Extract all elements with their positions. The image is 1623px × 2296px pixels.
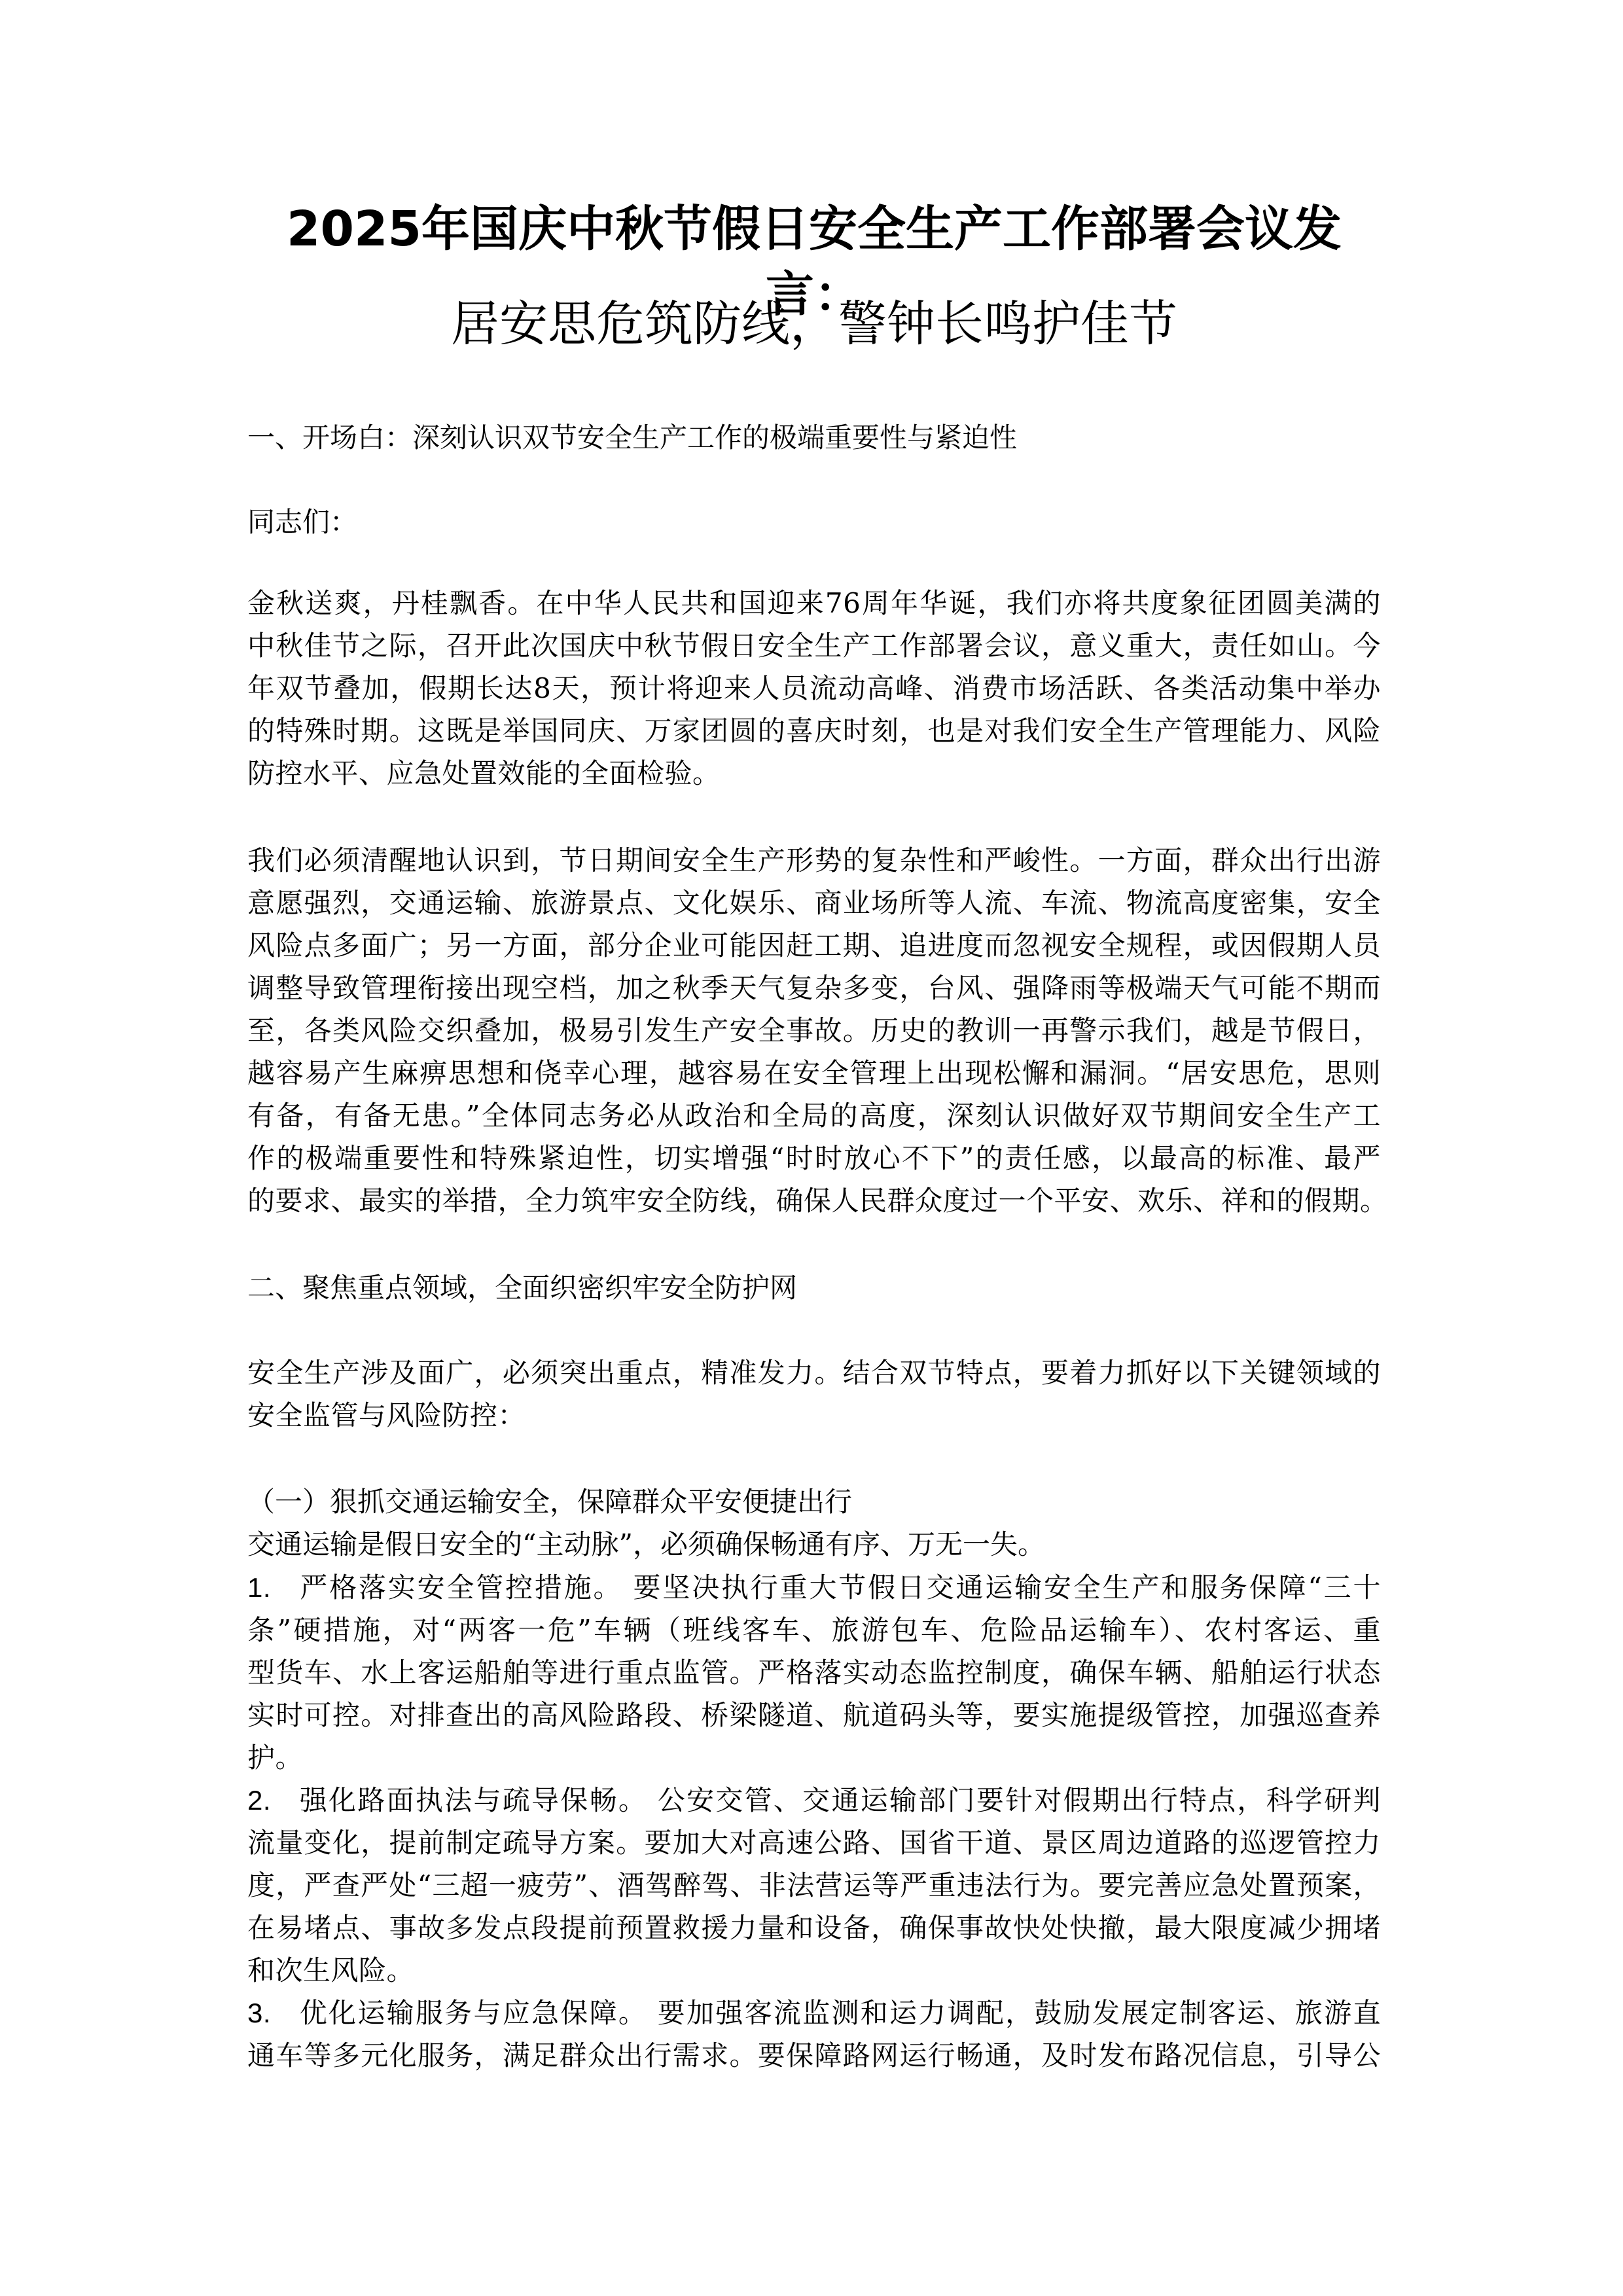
text-line: 度，严查严处“三超一疲劳”、酒驾醉驾、非法营运等严重违法行为。要完善应急处置预案… — [247, 1864, 1381, 1907]
section1-paragraph1: 金秋送爽，丹桂飘香。在中华人民共和国迎来76周年华诞，我们亦将共度象征团圆美满的… — [247, 582, 1381, 795]
section1-heading: 一、开场白：深刻认识双节安全生产工作的极端重要性与紧迫性 — [247, 416, 1017, 459]
text-line: 型货车、水上客运船舶等进行重点监管。严格落实动态监控制度，确保车辆、船舶运行状态 — [247, 1651, 1381, 1694]
text-line: 通车等多元化服务，满足群众出行需求。要保障路网运行畅通，及时发布路况信息，引导公 — [247, 2034, 1381, 2077]
text-line: 越容易产生麻痹思想和侥幸心理，越容易在安全管理上出现松懈和漏洞。“居安思危，思则 — [247, 1052, 1381, 1094]
text-line: 年双节叠加，假期长达8天，预计将迎来人员流动高峰、消费市场活跃、各类活动集中举办 — [247, 667, 1381, 709]
section2-heading: 二、聚焦重点领域，全面织密织牢安全防护网 — [247, 1266, 797, 1309]
text-line: 的特殊时期。这既是举国同庆、万家团圆的喜庆时刻，也是对我们安全生产管理能力、风险 — [247, 709, 1381, 752]
list-number: 2. — [247, 1779, 298, 1821]
text-line: 防控水平、应急处置效能的全面检验。 — [247, 752, 1381, 795]
text-line: 至，各类风险交织叠加，极易引发生产安全事故。历史的教训一再警示我们，越是节假日， — [247, 1009, 1381, 1052]
text-line: 风险点多面广；另一方面，部分企业可能因赶工期、追进度而忽视安全规程，或因假期人员 — [247, 924, 1381, 967]
text-line: 在易堵点、事故多发点段提前预置救援力量和设备，确保事故快处快撤，最大限度减少拥堵 — [247, 1907, 1381, 1949]
subsection1-lead: 交通运输是假日安全的“主动脉”，必须确保畅通有序、万无一失。 — [247, 1523, 1045, 1566]
salutation: 同志们： — [247, 501, 357, 543]
text-line: 护。 — [247, 1736, 1381, 1779]
text-line: 实时可控。对排查出的高风险路段、桥梁隧道、航道码头等，要实施提级管控，加强巡查养 — [247, 1694, 1381, 1736]
text-line: 意愿强烈，交通运输、旅游景点、文化娱乐、商业场所等人流、车流、物流高度密集，安全 — [247, 882, 1381, 924]
text-line: 1.严格落实安全管控措施。 要坚决执行重大节假日交通运输安全生产和服务保障“三十 — [247, 1566, 1381, 1609]
document-title-line2: 居安思危筑防线，警钟长鸣护佳节 — [247, 291, 1381, 357]
list-number: 3. — [247, 1992, 298, 2034]
list-item-2: 2.强化路面执法与疏导保畅。 公安交管、交通运输部门要针对假期出行特点，科学研判… — [247, 1779, 1381, 1992]
text-line: 作的极端重要性和特殊紧迫性，切实增强“时时放心不下”的责任感，以最高的标准、最严 — [247, 1137, 1381, 1179]
section1-paragraph2: 我们必须清醒地认识到，节日期间安全生产形势的复杂性和严峻性。一方面，群众出行出游… — [247, 839, 1381, 1222]
text-line: 2.强化路面执法与疏导保畅。 公安交管、交通运输部门要针对假期出行特点，科学研判 — [247, 1779, 1381, 1821]
text-line: 安全生产涉及面广，必须突出重点，精准发力。结合双节特点，要着力抓好以下关键领域的 — [247, 1352, 1381, 1394]
text-line: 安全监管与风险防控： — [247, 1394, 1381, 1437]
subsection1-heading: （一）狠抓交通运输安全，保障群众平安便捷出行 — [247, 1480, 852, 1523]
text-line: 的要求、最实的举措，全力筑牢安全防线，确保人民群众度过一个平安、欢乐、祥和的假期… — [247, 1179, 1381, 1222]
list-item-1: 1.严格落实安全管控措施。 要坚决执行重大节假日交通运输安全生产和服务保障“三十… — [247, 1566, 1381, 1779]
text-line: 3.优化运输服务与应急保障。 要加强客流监测和运力调配，鼓励发展定制客运、旅游直 — [247, 1992, 1381, 2034]
text-line: 和次生风险。 — [247, 1949, 1381, 1992]
text-line: 条”硬措施，对“两客一危”车辆（班线客车、旅游包车、危险品运输车）、农村客运、重 — [247, 1609, 1381, 1651]
text-line: 金秋送爽，丹桂飘香。在中华人民共和国迎来76周年华诞，我们亦将共度象征团圆美满的 — [247, 582, 1381, 624]
text-line: 中秋佳节之际，召开此次国庆中秋节假日安全生产工作部署会议，意义重大，责任如山。今 — [247, 624, 1381, 667]
list-number: 1. — [247, 1566, 298, 1609]
text-line: 我们必须清醒地认识到，节日期间安全生产形势的复杂性和严峻性。一方面，群众出行出游 — [247, 839, 1381, 882]
list-item-3: 3.优化运输服务与应急保障。 要加强客流监测和运力调配，鼓励发展定制客运、旅游直… — [247, 1992, 1381, 2077]
text-line: 有备，有备无患。”全体同志务必从政治和全局的高度，深刻认识做好双节期间安全生产工 — [247, 1094, 1381, 1137]
section2-intro: 安全生产涉及面广，必须突出重点，精准发力。结合双节特点，要着力抓好以下关键领域的… — [247, 1352, 1381, 1437]
text-line: 调整导致管理衔接出现空档，加之秋季天气复杂多变，台风、强降雨等极端天气可能不期而 — [247, 967, 1381, 1009]
text-line: 流量变化，提前制定疏导方案。要加大对高速公路、国省干道、景区周边道路的巡逻管控力 — [247, 1821, 1381, 1864]
